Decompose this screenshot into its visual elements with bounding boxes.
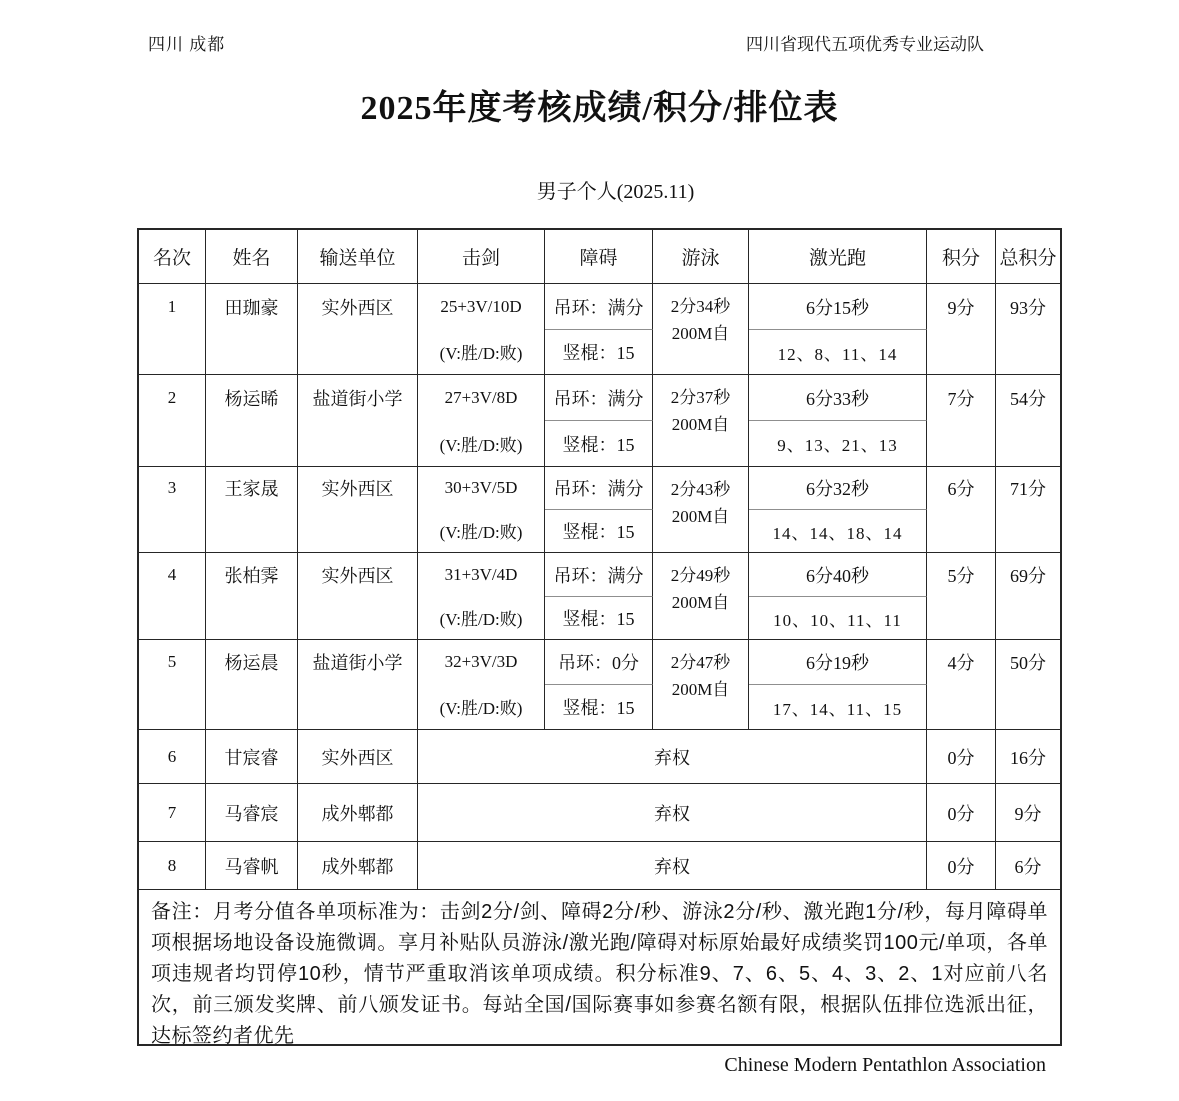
- name-cell: 甘宸睿: [206, 730, 298, 784]
- rank-cell: 4: [139, 553, 206, 640]
- rank-cell: 6: [139, 730, 206, 784]
- total-points-cell: 9分: [996, 784, 1060, 842]
- laser-splits-cell: 10、10、11、11: [749, 597, 927, 640]
- fencing-score: 30+3V/5D: [418, 467, 544, 510]
- rank-value: 4: [139, 553, 205, 596]
- name-cell: 马睿帆: [206, 842, 298, 890]
- name-cell: 王家晟: [206, 467, 298, 553]
- page-title: 2025年度考核成绩/积分/排位表: [0, 80, 1179, 129]
- name-value: 张柏霁: [206, 553, 297, 596]
- points-cell: 0分: [927, 784, 996, 842]
- fencing-legend: (V:胜/D:败): [418, 685, 544, 730]
- unit-value: 盐道街小学: [298, 375, 417, 421]
- obstacle-rings-cell: 吊环：0分: [545, 640, 653, 685]
- fencing-cell: 30+3V/5D(V:胜/D:败): [418, 467, 545, 553]
- laser-time-cell: 6分19秒: [749, 640, 927, 685]
- total-points-cell: 93分: [996, 284, 1060, 375]
- fencing-legend: (V:胜/D:败): [418, 329, 544, 374]
- laser-time-cell: 6分15秒: [749, 284, 927, 330]
- points-value: 6分: [927, 467, 995, 510]
- fencing-cell: 31+3V/4D(V:胜/D:败): [418, 553, 545, 640]
- rank-value: 5: [139, 640, 205, 685]
- swim-time: 2分49秒: [671, 562, 731, 589]
- obstacle-rings-cell: 吊环：满分: [545, 375, 653, 421]
- name-cell: 杨运晨: [206, 640, 298, 730]
- laser-splits-cell: 14、14、18、14: [749, 510, 927, 553]
- col-header-points: 积分: [927, 230, 996, 284]
- col-header-total-points: 总积分: [996, 230, 1060, 284]
- swim-cell: 2分37秒200M自: [653, 375, 749, 467]
- page-subtitle: 男子个人(2025.11): [0, 175, 1179, 204]
- col-header-laser-run: 激光跑: [749, 230, 927, 284]
- obstacle-pole-cell: 竖棍：15: [545, 597, 653, 640]
- name-cell: 张柏霁: [206, 553, 298, 640]
- unit-cell: 实外西区: [298, 467, 418, 553]
- unit-cell: 实外西区: [298, 553, 418, 640]
- points-value: 9分: [927, 284, 995, 329]
- points-value: 7分: [927, 375, 995, 421]
- header-team-name: 四川省现代五项优秀专业运动队: [746, 30, 984, 55]
- swim-cell: 2分47秒200M自: [653, 640, 749, 730]
- forfeit-cell: 弃权: [418, 842, 927, 890]
- obstacle-rings-cell: 吊环：满分: [545, 284, 653, 330]
- rank-cell: 5: [139, 640, 206, 730]
- rank-cell: 1: [139, 284, 206, 375]
- total-points-cell: 71分: [996, 467, 1060, 553]
- obstacle-pole-cell: 竖棍：15: [545, 510, 653, 553]
- obstacle-pole-cell: 竖棍：15: [545, 421, 653, 467]
- laser-splits-cell: 12、8、11、14: [749, 330, 927, 375]
- fencing-legend: (V:胜/D:败): [418, 421, 544, 467]
- total-points-cell: 54分: [996, 375, 1060, 467]
- col-header-fencing: 击剑: [418, 230, 545, 284]
- fencing-score: 25+3V/10D: [418, 284, 544, 329]
- total-points-cell: 6分: [996, 842, 1060, 890]
- fencing-score: 32+3V/3D: [418, 640, 544, 685]
- laser-splits-cell: 17、14、11、15: [749, 685, 927, 730]
- points-cell: 7分: [927, 375, 996, 467]
- col-header-name: 姓名: [206, 230, 298, 284]
- forfeit-cell: 弃权: [418, 730, 927, 784]
- total-points-value: 69分: [996, 553, 1060, 596]
- obstacle-rings-cell: 吊环：满分: [545, 467, 653, 510]
- fencing-legend: (V:胜/D:败): [418, 510, 544, 553]
- remarks-text: 备注：月考分值各单项标准为：击剑2分/剑、障碍2分/秒、游泳2分/秒、激光跑1分…: [151, 897, 1048, 1052]
- swim-event: 200M自: [672, 411, 730, 438]
- swim-event: 200M自: [672, 320, 730, 347]
- total-points-cell: 50分: [996, 640, 1060, 730]
- obstacle-rings-cell: 吊环：满分: [545, 553, 653, 597]
- unit-cell: 成外郫都: [298, 842, 418, 890]
- rank-cell: 8: [139, 842, 206, 890]
- unit-value: 实外西区: [298, 553, 417, 596]
- swim-cell: 2分34秒200M自: [653, 284, 749, 375]
- col-header-swim: 游泳: [653, 230, 749, 284]
- name-cell: 马睿宸: [206, 784, 298, 842]
- name-cell: 田珈豪: [206, 284, 298, 375]
- col-header-unit: 输送单位: [298, 230, 418, 284]
- swim-time: 2分37秒: [671, 384, 731, 411]
- obstacle-pole-cell: 竖棍：15: [545, 685, 653, 730]
- unit-value: 实外西区: [298, 467, 417, 510]
- points-cell: 5分: [927, 553, 996, 640]
- swim-event: 200M自: [672, 589, 730, 616]
- fencing-legend: (V:胜/D:败): [418, 596, 544, 639]
- fencing-cell: 32+3V/3D(V:胜/D:败): [418, 640, 545, 730]
- laser-time-cell: 6分32秒: [749, 467, 927, 510]
- unit-cell: 盐道街小学: [298, 375, 418, 467]
- fencing-cell: 25+3V/10D(V:胜/D:败): [418, 284, 545, 375]
- laser-time-cell: 6分33秒: [749, 375, 927, 421]
- swim-event: 200M自: [672, 503, 730, 530]
- swim-cell: 2分49秒200M自: [653, 553, 749, 640]
- swim-event: 200M自: [672, 676, 730, 703]
- rank-value: 1: [139, 284, 205, 329]
- swim-time: 2分34秒: [671, 293, 731, 320]
- total-points-cell: 69分: [996, 553, 1060, 640]
- page-title-text: 2025年度考核成绩/积分/排位表: [361, 90, 839, 127]
- rank-value: 3: [139, 467, 205, 510]
- swim-time: 2分43秒: [671, 476, 731, 503]
- unit-cell: 盐道街小学: [298, 640, 418, 730]
- name-value: 杨运晞: [206, 375, 297, 421]
- col-header-rank: 名次: [139, 230, 206, 284]
- total-points-value: 71分: [996, 467, 1060, 510]
- total-points-value: 54分: [996, 375, 1060, 421]
- name-value: 杨运晨: [206, 640, 297, 685]
- total-points-value: 93分: [996, 284, 1060, 329]
- unit-value: 实外西区: [298, 284, 417, 329]
- rank-cell: 2: [139, 375, 206, 467]
- results-table: 名次 姓名 输送单位 击剑 障碍 游泳 激光跑 积分 总积分 1 田珈豪 实外西…: [137, 228, 1062, 1046]
- points-value: 5分: [927, 553, 995, 596]
- points-cell: 0分: [927, 842, 996, 890]
- association-signature: Chinese Modern Pentathlon Association: [151, 1054, 1048, 1077]
- rank-cell: 7: [139, 784, 206, 842]
- fencing-cell: 27+3V/8D(V:胜/D:败): [418, 375, 545, 467]
- points-cell: 4分: [927, 640, 996, 730]
- name-value: 王家晟: [206, 467, 297, 510]
- total-points-value: 50分: [996, 640, 1060, 685]
- name-value: 田珈豪: [206, 284, 297, 329]
- points-value: 4分: [927, 640, 995, 685]
- fencing-score: 27+3V/8D: [418, 375, 544, 421]
- page-subtitle-text: 男子个人(2025.11): [537, 181, 695, 203]
- rank-value: 2: [139, 375, 205, 421]
- points-cell: 6分: [927, 467, 996, 553]
- fencing-score: 31+3V/4D: [418, 553, 544, 596]
- unit-cell: 实外西区: [298, 284, 418, 375]
- rank-cell: 3: [139, 467, 206, 553]
- unit-cell: 实外西区: [298, 730, 418, 784]
- laser-splits-cell: 9、13、21、13: [749, 421, 927, 467]
- col-header-obstacle: 障碍: [545, 230, 653, 284]
- unit-value: 盐道街小学: [298, 640, 417, 685]
- points-cell: 0分: [927, 730, 996, 784]
- unit-cell: 成外郫都: [298, 784, 418, 842]
- remarks-cell: 备注：月考分值各单项标准为：击剑2分/剑、障碍2分/秒、游泳2分/秒、激光跑1分…: [139, 890, 1060, 1044]
- swim-cell: 2分43秒200M自: [653, 467, 749, 553]
- forfeit-cell: 弃权: [418, 784, 927, 842]
- laser-time-cell: 6分40秒: [749, 553, 927, 597]
- total-points-cell: 16分: [996, 730, 1060, 784]
- name-cell: 杨运晞: [206, 375, 298, 467]
- swim-time: 2分47秒: [671, 649, 731, 676]
- header-location: 四川 成都: [148, 30, 225, 55]
- obstacle-pole-cell: 竖棍：15: [545, 330, 653, 375]
- points-cell: 9分: [927, 284, 996, 375]
